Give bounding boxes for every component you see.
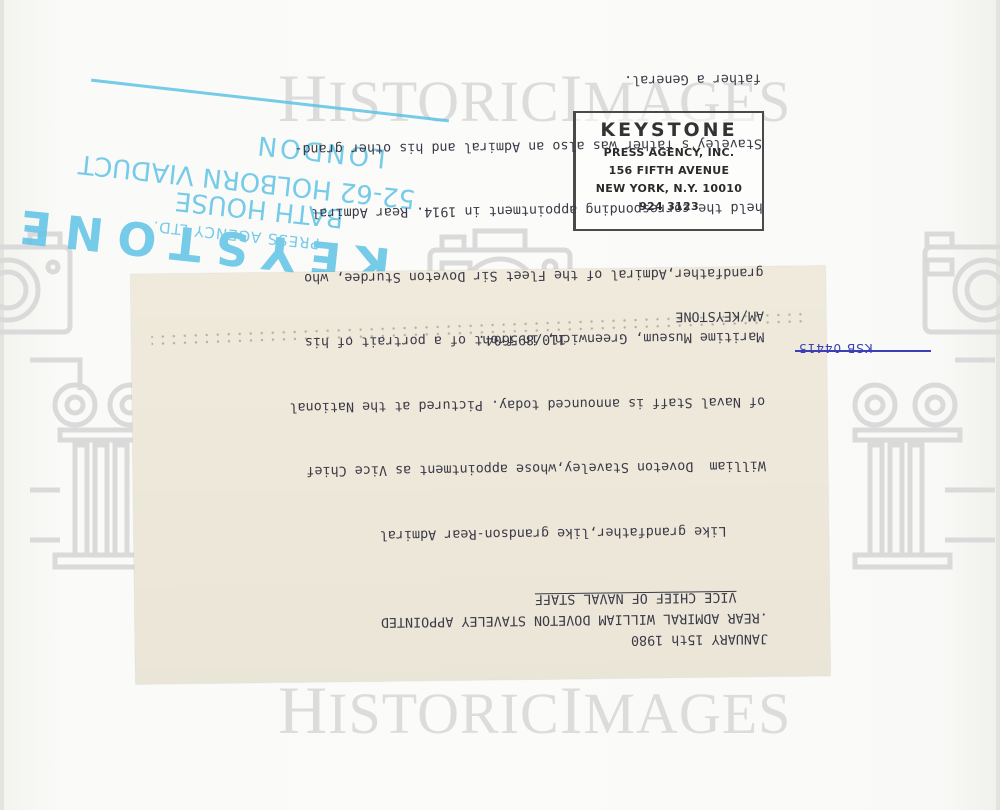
caption-body-line: Staveley's father was also an Admiral an… xyxy=(286,132,762,159)
photo-edge-right xyxy=(996,0,1000,810)
caption-body-line: of Naval Staff is announced today. Pictu… xyxy=(289,390,765,417)
photo-edge-left xyxy=(0,0,4,810)
caption-body-line: grandfather,Admiral of the Fleet Sir Dov… xyxy=(288,261,764,288)
handwritten-strike xyxy=(795,350,931,352)
handwritten-code: KSB 04415 xyxy=(798,341,873,355)
caption-body-line: father a General. xyxy=(285,68,761,95)
camera-icon xyxy=(915,222,1000,342)
caption-reference: 110/895604. xyxy=(478,327,567,350)
caption-date: JANUARY 15th 1980 xyxy=(631,627,768,650)
caption-slip: JANUARY 15th 1980 .REAR ADMIRAL WILLIAM … xyxy=(131,266,831,684)
caption-credit: AM/KEYSTONE xyxy=(675,304,764,327)
caption-text-block: JANUARY 15th 1980 .REAR ADMIRAL WILLIAM … xyxy=(131,266,831,684)
caption-subhead: VICE CHIEF OF NAVAL STAFF xyxy=(535,585,737,609)
caption-body-line: William Doveton Staveley,whose appointme… xyxy=(290,455,766,482)
column-icon xyxy=(845,350,995,570)
watermark-brand-bottom: HISTORICIMAGES xyxy=(278,676,748,744)
caption-body-line: Like grandfather,like grandson-Rear Admi… xyxy=(291,519,767,546)
caption-body-line: held the corresponding appointment in 19… xyxy=(287,197,763,224)
